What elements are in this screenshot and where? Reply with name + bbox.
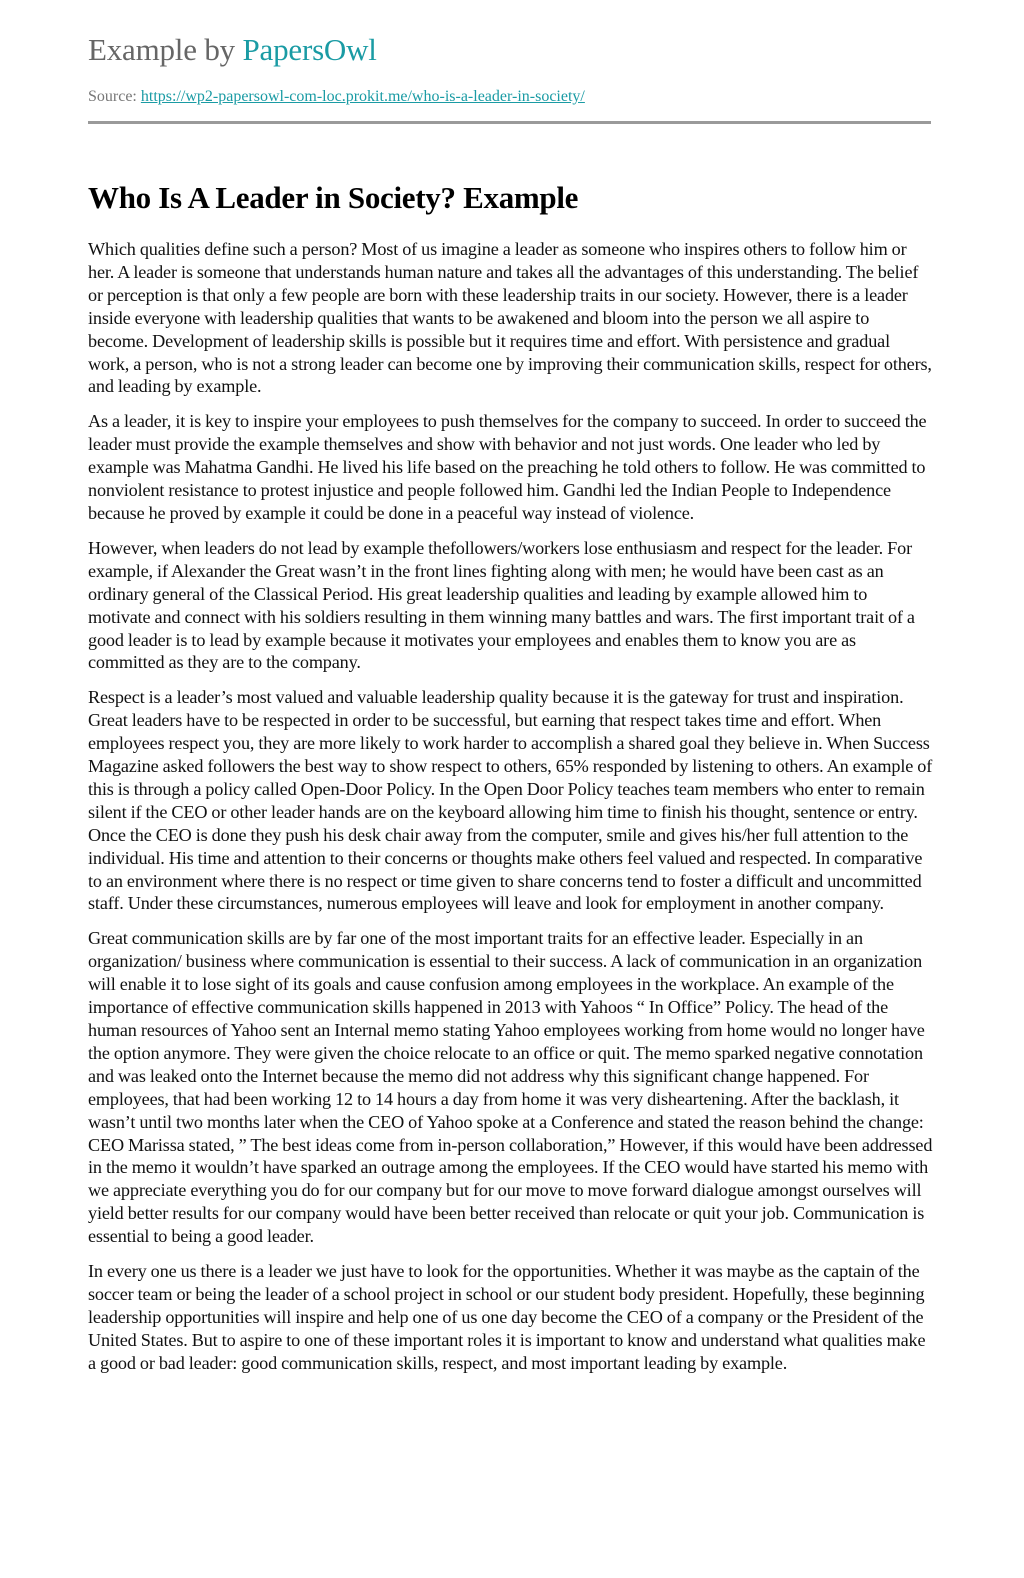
header-divider — [88, 121, 931, 124]
source-line: Source: https://wp2-papersowl-com-loc.pr… — [88, 86, 585, 108]
paragraph-4: Respect is a leader’s most valued and va… — [88, 686, 933, 915]
paragraph-1: Which qualities define such a person? Mo… — [88, 238, 933, 398]
paragraph-6: In every one us there is a leader we jus… — [88, 1260, 933, 1375]
page-title: Who Is A Leader in Society? Example — [88, 176, 578, 220]
brand-prefix: Example by — [88, 32, 242, 67]
document-page: Example by PapersOwl Source: https://wp2… — [0, 0, 1024, 1578]
source-link[interactable]: https://wp2-papersowl-com-loc.prokit.me/… — [141, 88, 585, 105]
brand-header: Example by PapersOwl — [88, 28, 377, 72]
paragraph-5: Great communication skills are by far on… — [88, 927, 933, 1248]
article-body: Which qualities define such a person? Mo… — [88, 238, 933, 1387]
source-label: Source: — [88, 88, 141, 105]
brand-name: PapersOwl — [242, 32, 376, 67]
paragraph-3: However, when leaders do not lead by exa… — [88, 537, 933, 674]
paragraph-2: As a leader, it is key to inspire your e… — [88, 410, 933, 525]
